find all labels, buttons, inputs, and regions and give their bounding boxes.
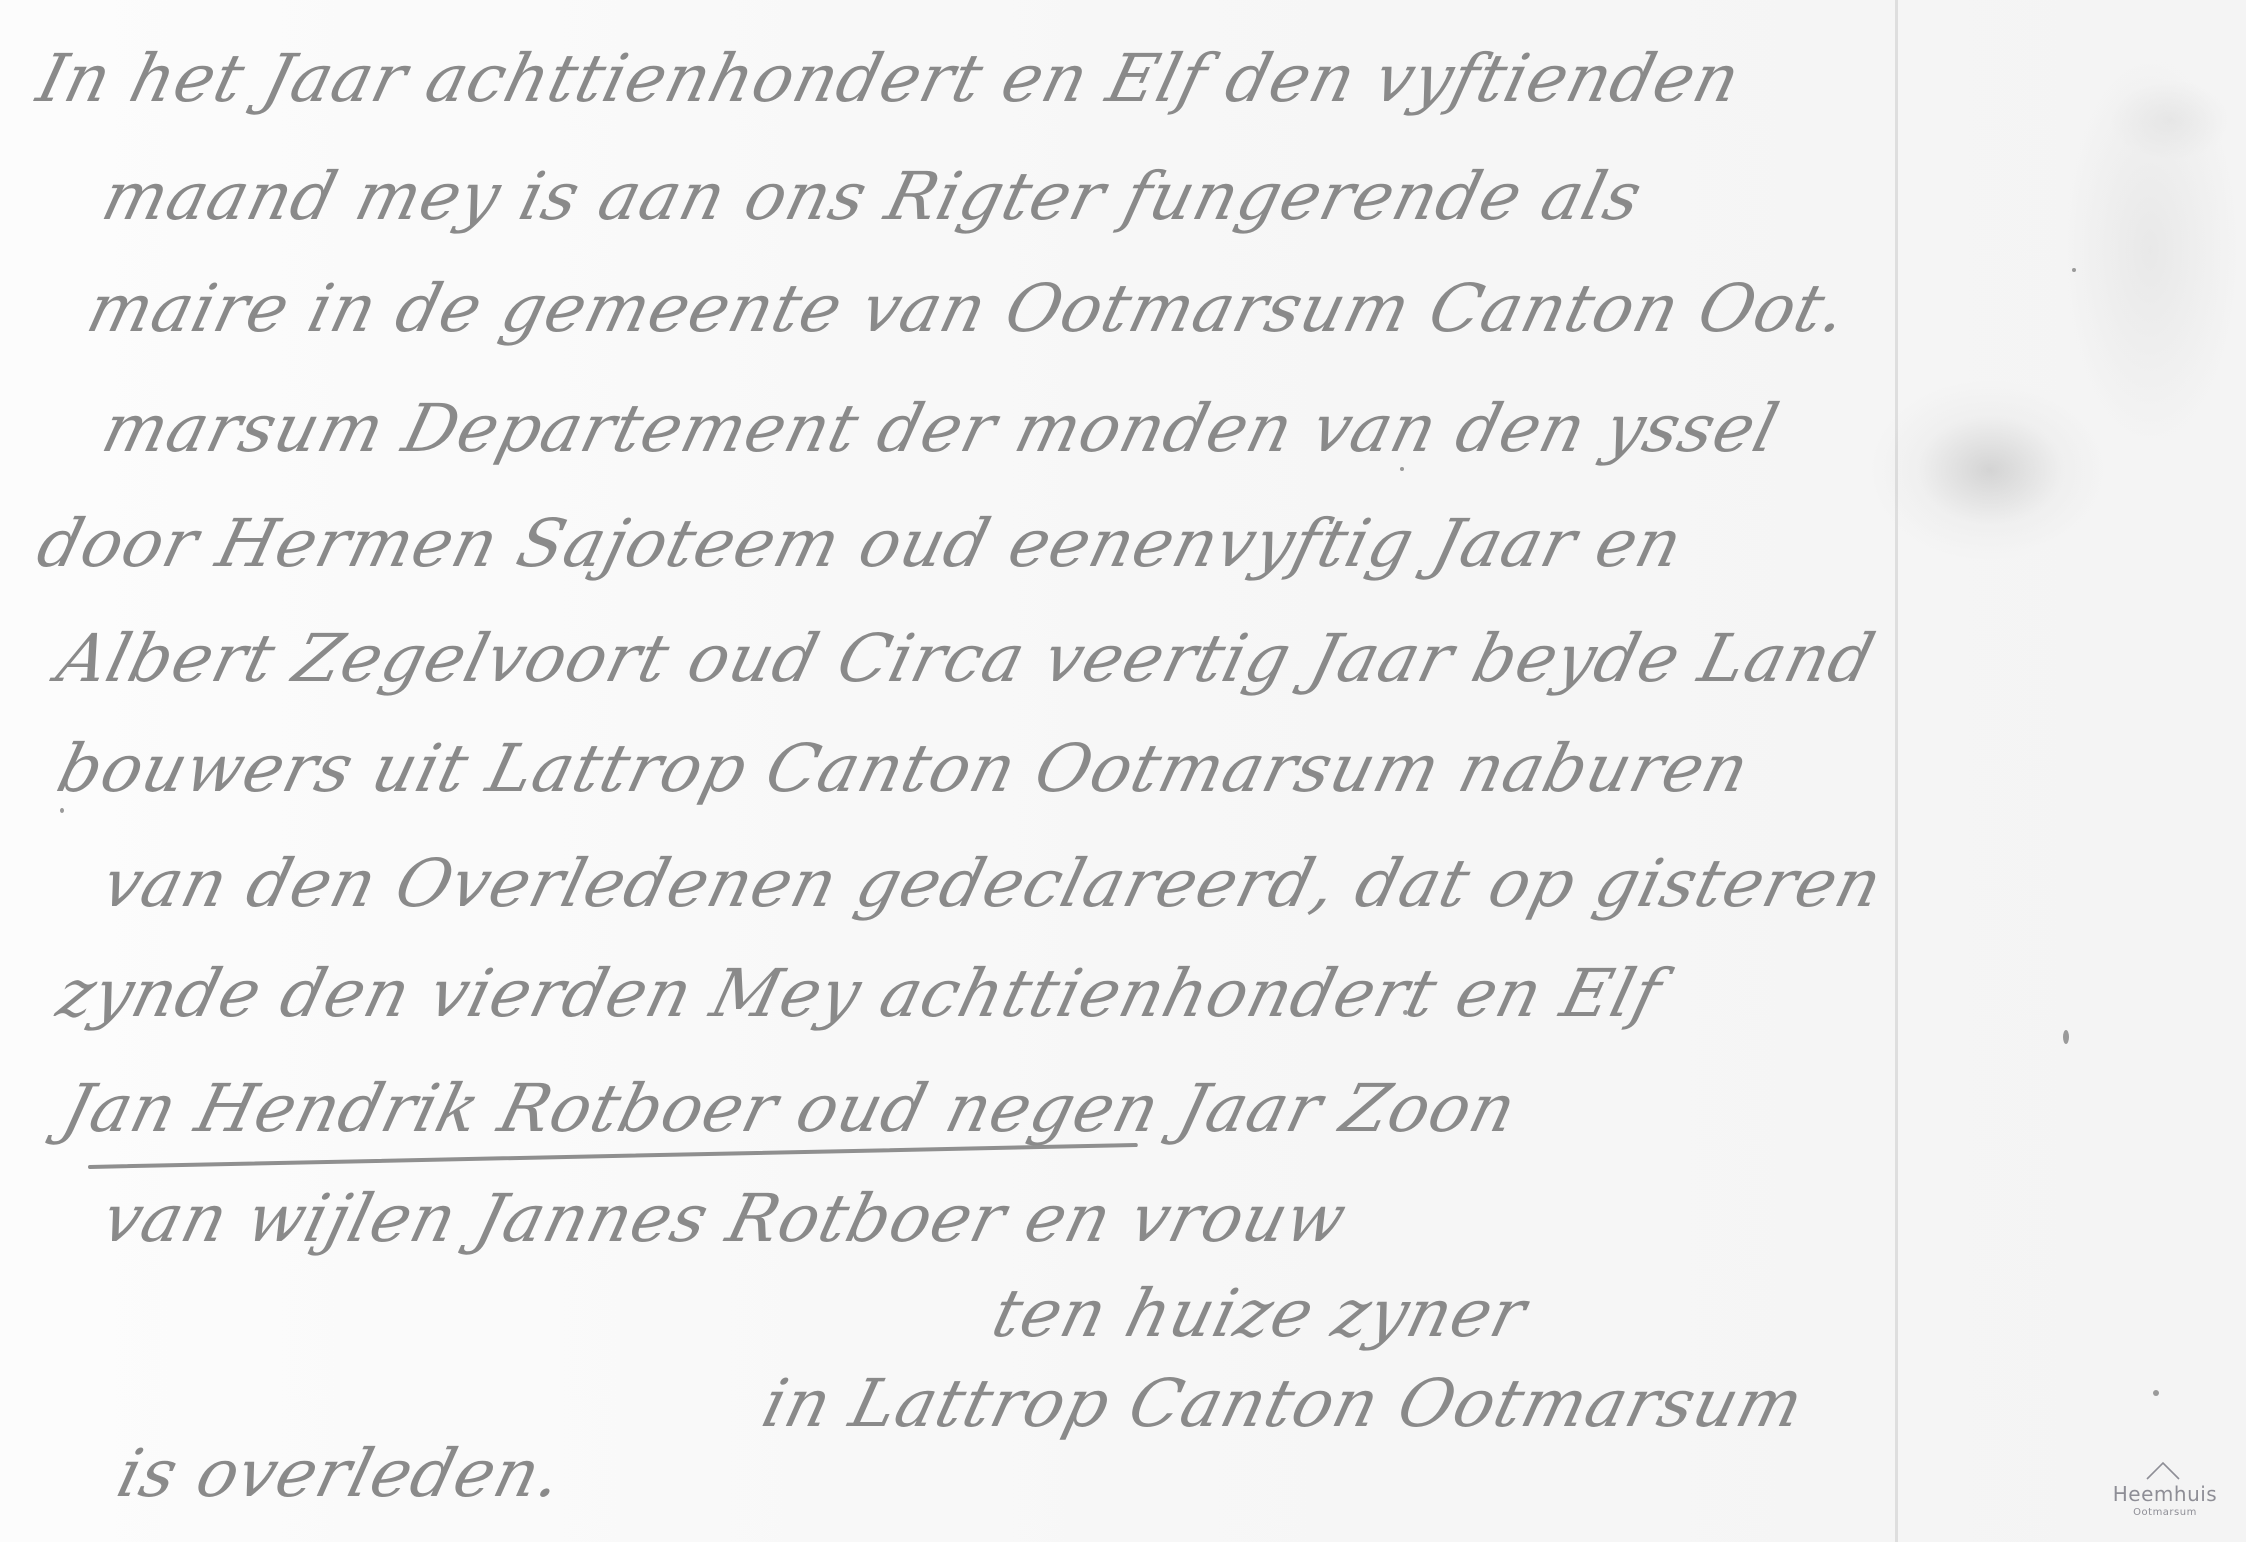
logo-place: Ootmarsum <box>2110 1507 2220 1518</box>
handwritten-line-2: maand mey is aan ons Rigter fungerende a… <box>95 158 1650 235</box>
ink-speck <box>1400 467 1404 471</box>
ink-speck <box>2063 1030 2069 1044</box>
handwritten-line-4: marsum Departement der monden van den ys… <box>95 390 1787 467</box>
document-page: In het Jaar achttienhondert en Elf den v… <box>0 0 2246 1542</box>
ink-speck <box>1403 1010 1408 1015</box>
handwritten-line-14: is overleden. <box>110 1435 571 1512</box>
handwritten-line-11: van wijlen Jannes Rotboer en vrouw <box>95 1180 1354 1257</box>
roof-icon <box>2146 1462 2180 1480</box>
handwritten-line-1: In het Jaar achttienhondert en Elf den v… <box>30 40 1748 117</box>
ink-speck <box>2153 1390 2159 1396</box>
handwritten-line-5: door Hermen Sajoteem oud eenenvyftig Jaa… <box>30 505 1690 582</box>
handwritten-line-8: van den Overledenen gedeclareerd, dat op… <box>95 845 1890 922</box>
handwritten-line-12-insertion: ten huize zyner <box>985 1275 1534 1352</box>
handwritten-line-10-deceased-name: Jan Hendrik Rotboer oud negen Jaar Zoon <box>55 1070 1524 1147</box>
heemhuis-watermark-logo: Heemhuis Ootmarsum <box>2110 1462 2220 1532</box>
ink-speck <box>60 808 64 813</box>
handwritten-line-9: zynde den vierden Mey achttienhondert en… <box>50 955 1669 1032</box>
handwritten-line-6: Albert Zegelvoort oud Circa veertig Jaar… <box>50 620 1883 697</box>
ink-speck <box>2072 268 2076 272</box>
paper-fold-line <box>1895 0 1898 1542</box>
handwritten-line-3: maire in de gemeente van Ootmarsum Canto… <box>80 270 1855 347</box>
handwritten-line-13-insertion: in Lattrop Canton Ootmarsum <box>755 1365 1811 1442</box>
logo-name: Heemhuis <box>2110 1482 2220 1506</box>
handwritten-line-7: bouwers uit Lattrop Canton Ootmarsum nab… <box>50 730 1757 807</box>
